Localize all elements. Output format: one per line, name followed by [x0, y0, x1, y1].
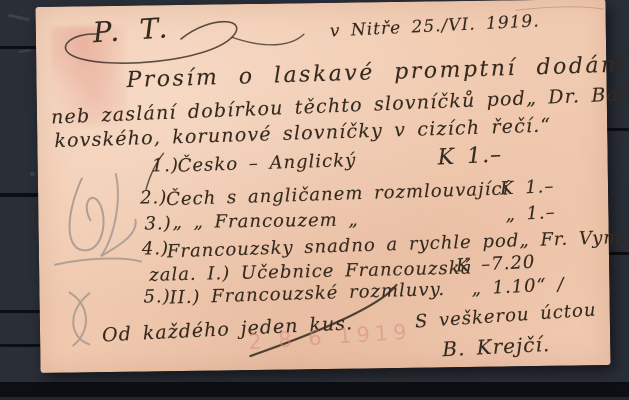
item-3-number: 3.) — [144, 213, 171, 234]
closing-line: S veškerou úctou — [414, 299, 597, 332]
surface-scuff — [8, 14, 30, 22]
pencil-underline — [55, 258, 141, 265]
item-5-number: 5.) — [143, 286, 170, 307]
pencil-scribble — [69, 178, 104, 251]
pencil-scribble — [100, 174, 136, 256]
item-5-price: „ 1.10“ / — [471, 274, 565, 300]
signature: B. Krejčí. — [442, 332, 551, 361]
surface-scuff — [18, 49, 31, 53]
item-2-price: K 1.– — [500, 176, 555, 200]
salutation: P. T. — [92, 11, 172, 49]
item-1-title: Česko – Anglický — [177, 150, 356, 177]
item-4-number: 4.) — [142, 238, 169, 259]
surface-groove — [0, 344, 40, 347]
pencil-mark-x — [69, 292, 90, 345]
dateline: v Nitře 25./VI. 1919. — [329, 11, 540, 41]
photo-background: P. T. v Nitře 25./VI. 1919. Prosím o las… — [0, 0, 629, 400]
item-3-price: „ 1.– — [505, 202, 556, 225]
scratch-line — [516, 6, 604, 10]
surface-shadow-band — [0, 382, 629, 397]
surface-groove — [604, 128, 629, 131]
item-2-title: Čech s angličanem rozmlouvající — [166, 178, 510, 210]
surface-groove — [0, 310, 40, 313]
surface-scuff — [30, 172, 35, 176]
postcard: P. T. v Nitře 25./VI. 1919. Prosím o las… — [35, 0, 610, 373]
surface-groove — [0, 193, 40, 197]
salutation-flourish-tail — [232, 34, 304, 45]
item-1-price: K 1.– — [437, 142, 503, 170]
item-1-number: 1.) — [152, 155, 179, 176]
item-3-title: „ „ Francouzem „ — [172, 210, 359, 234]
item-2-number: 2.) — [140, 187, 167, 208]
surface-groove — [0, 46, 40, 49]
item-4-price: K –7.20 — [456, 252, 536, 277]
